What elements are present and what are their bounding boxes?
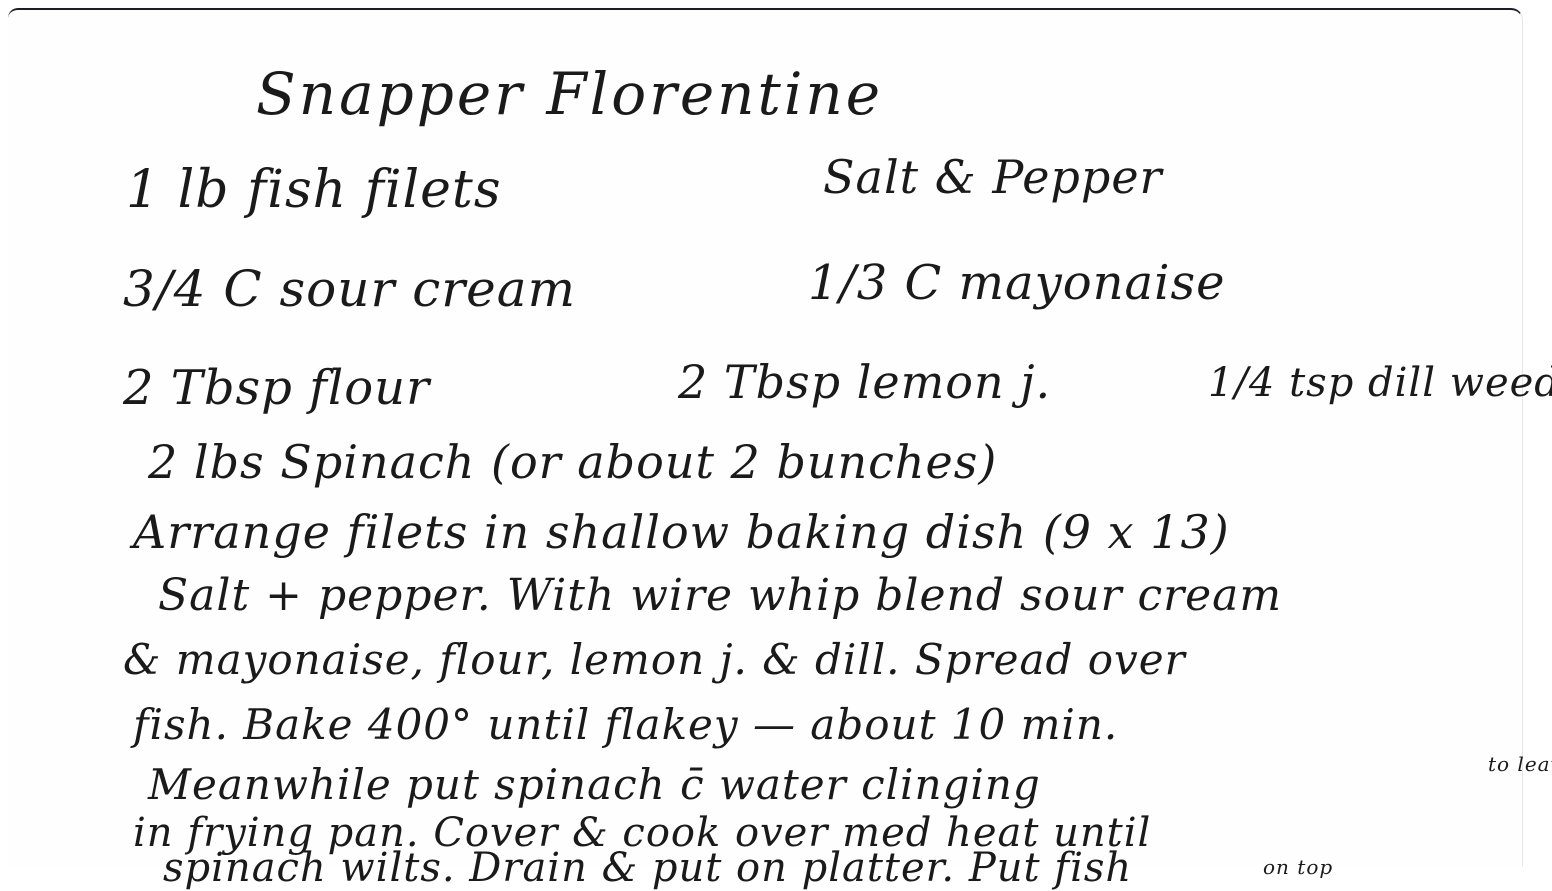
direction-line: Arrange filets in shallow baking dish (9… [133, 505, 1230, 559]
ingredient-seasoning: Salt & Pepper [823, 150, 1163, 204]
recipe-card: Snapper Florentine 1 lb fish filets Salt… [8, 8, 1523, 866]
recipe-title: Snapper Florentine [256, 60, 883, 128]
ingredient-mayonnaise: 1/3 C mayonaise [808, 255, 1226, 311]
ingredient-lemon: 2 Tbsp lemon j. [678, 355, 1051, 409]
ingredient-dill: 1/4 tsp dill weed [1208, 360, 1552, 406]
ingredient-fish: 1 lb fish filets [126, 160, 502, 220]
annotation-to-leaves: to leaves [1488, 752, 1552, 776]
direction-line: spinach wilts. Drain & put on platter. P… [163, 845, 1132, 880]
direction-line: & mayonaise, flour, lemon j. & dill. Spr… [123, 635, 1186, 684]
ingredient-sour-cream: 3/4 C sour cream [123, 260, 576, 318]
direction-line: fish. Bake 400° until flakey — about 10 … [133, 700, 1118, 749]
direction-line: Meanwhile put spinach c̄ water clinging [148, 760, 1041, 809]
ingredient-flour: 2 Tbsp flour [123, 360, 430, 416]
ingredient-spinach: 2 lbs Spinach (or about 2 bunches) [148, 435, 997, 489]
direction-line: Salt + pepper. With wire whip blend sour… [158, 570, 1282, 621]
annotation-on-top: on top [1263, 855, 1333, 879]
